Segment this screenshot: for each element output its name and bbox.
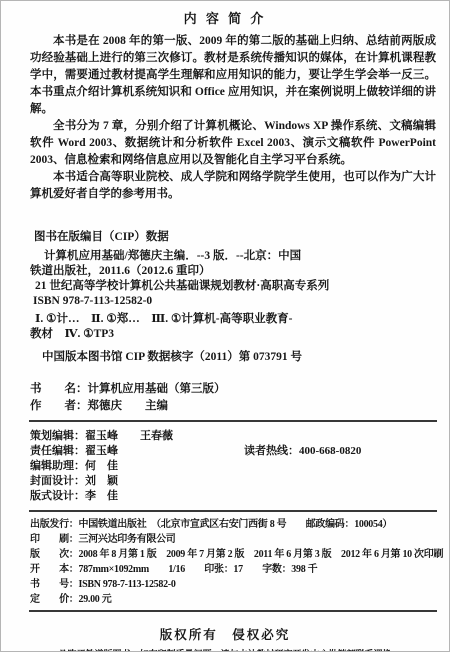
cip-line: ISBN 978-7-113-12582-0 — [33, 294, 436, 309]
cip-line: Ⅰ. ①计… Ⅱ. ①郑… Ⅲ. ①计算机-高等职业教育- — [35, 312, 436, 327]
exchange-note: 凡购买铁道版图书，如有印制质量问题，请与本社教材研究开发中心批销部联系调换 — [1, 647, 449, 652]
editors-section: 策划编辑：翟玉峰 王春薇 责任编辑：翟玉峰 编辑助理：何 佳 封面设计：刘 颖 … — [30, 429, 436, 504]
editor-row: 策划编辑：翟玉峰 王春薇 — [30, 429, 436, 444]
isbn-value: ISBN 978-7-113-12582-0 — [79, 579, 176, 590]
reader-hotline: 读者热线：400-668-0820 — [244, 444, 361, 459]
price-row: 定 价：29.00 元 — [30, 592, 443, 607]
editor-label: 版式设计： — [30, 490, 85, 502]
editor-value: 翟玉峰 王春薇 — [85, 430, 173, 442]
copyright-notice: 版权所有 侵权必究 — [1, 625, 449, 643]
summary-title: 内 容 简 介 — [1, 8, 449, 27]
price-value: 29.00 元 — [79, 594, 112, 605]
cip-line: 铁道出版社，2011.6（2012.6 重印） — [30, 264, 436, 279]
printer-value: 三河兴达印务有限公司 — [79, 534, 176, 545]
printer-row: 印 刷：三河兴达印务有限公司 — [30, 532, 443, 547]
edition-row: 版 次：2008 年 8 月第 1 版 2009 年 7 月第 2 版 2011… — [30, 547, 443, 562]
format-row: 开 本：787mm×1092mm 1/16 印张：17 字数：398 千 — [30, 562, 443, 577]
publisher-row: 出版发行：中国铁道出版社 （北京市宣武区右安门西街 8 号 邮政编码：10005… — [30, 517, 443, 532]
summary-paragraph: 全书分为 7 章，分别介绍了计算机概论、Windows XP 操作系统、文稿编辑… — [30, 118, 436, 169]
editor-value: 何 佳 — [85, 460, 118, 472]
cip-line: 教材 Ⅳ. ①TP3 — [30, 327, 436, 342]
editor-label: 策划编辑： — [30, 430, 85, 442]
editor-row: 编辑助理：何 佳 — [30, 459, 436, 474]
book-author-label: 作 者： — [30, 400, 88, 412]
edition-value: 2008 年 8 月第 1 版 2009 年 7 月第 2 版 2011 年 6… — [79, 549, 444, 560]
book-title-label: 书 名： — [30, 383, 88, 395]
book-title-value: 计算机应用基础（第三版） — [88, 383, 226, 395]
publication-section: 出版发行：中国铁道出版社 （北京市宣武区右安门西街 8 号 邮政编码：10005… — [30, 517, 443, 607]
divider — [29, 610, 437, 612]
edition-label: 版 次： — [30, 549, 79, 560]
publisher-label: 出版发行： — [30, 519, 79, 530]
printer-label: 印 刷： — [30, 534, 79, 545]
editor-label: 封面设计： — [30, 475, 85, 487]
book-info-section: 书 名：计算机应用基础（第三版） 作 者：郑德庆 主编 — [30, 381, 436, 415]
cip-section: 图书在版编目（CIP）数据 计算机应用基础/郑德庆主编．--3 版．--北京：中… — [30, 230, 436, 365]
editor-value: 李 佳 — [85, 490, 118, 502]
editor-row: 责任编辑：翟玉峰 — [30, 444, 436, 459]
isbn-row: 书 号：ISBN 978-7-113-12582-0 — [30, 577, 443, 592]
publisher-value: 中国铁道出版社 （北京市宣武区右安门西街 8 号 邮政编码：100054） — [79, 519, 393, 530]
editor-row: 版式设计：李 佳 — [30, 489, 436, 504]
book-title-row: 书 名：计算机应用基础（第三版） — [30, 381, 436, 398]
editor-label: 责任编辑： — [30, 445, 85, 457]
cip-line: 21 世纪高等学校计算机公共基础课规划教材·高职高专系列 — [35, 279, 436, 294]
summary-paragraph: 本书适合高等职业院校、成人学院和网络学院学生使用，也可以作为广大计算机爱好者自学… — [30, 169, 436, 203]
editor-value: 刘 颖 — [85, 475, 118, 487]
copyright-page: 内 容 简 介 本书是在 2008 年的第一版、2009 年的第二版的基础上归纳… — [0, 0, 450, 652]
editor-value: 翟玉峰 — [85, 445, 118, 457]
book-author-row: 作 者：郑德庆 主编 — [30, 398, 436, 415]
summary-section: 本书是在 2008 年的第一版、2009 年的第二版的基础上归纳、总结前两版成功… — [30, 33, 436, 203]
cip-header: 图书在版编目（CIP）数据 — [34, 230, 436, 245]
cip-record-number: 中国版本图书馆 CIP 数据核字（2011）第 073791 号 — [42, 350, 436, 365]
summary-paragraph: 本书是在 2008 年的第一版、2009 年的第二版的基础上归纳、总结前两版成功… — [30, 33, 436, 118]
editor-row: 封面设计：刘 颖 — [30, 474, 436, 489]
format-value: 787mm×1092mm 1/16 印张：17 字数：398 千 — [79, 564, 318, 575]
isbn-label: 书 号： — [30, 579, 79, 590]
editor-label: 编辑助理： — [30, 460, 85, 472]
book-author-value: 郑德庆 主编 — [88, 400, 169, 412]
price-label: 定 价： — [30, 594, 79, 605]
divider — [29, 420, 437, 422]
divider — [29, 510, 437, 512]
format-label: 开 本： — [30, 564, 79, 575]
cip-line: 计算机应用基础/郑德庆主编．--3 版．--北京：中国 — [44, 249, 436, 264]
